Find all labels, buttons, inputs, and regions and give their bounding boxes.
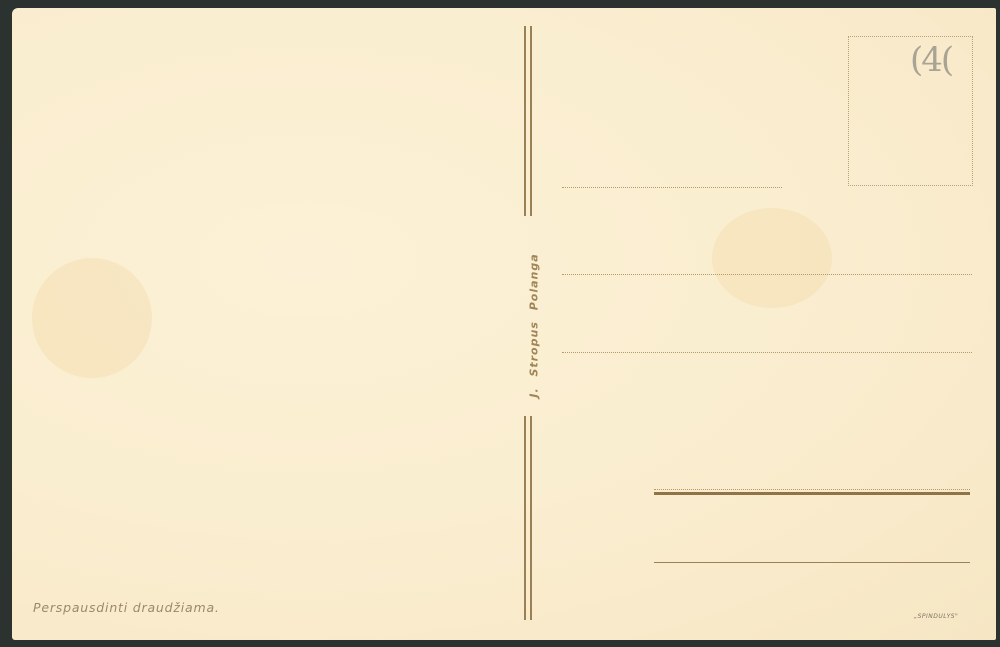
publisher-text: J. Stropus Polanga	[528, 253, 541, 397]
reprint-notice: Perspausdinti draudžiama.	[33, 600, 220, 615]
address-line-5	[654, 562, 970, 563]
publisher-imprint: J. Stropus Polanga	[514, 240, 554, 410]
divider-line-left-bottom	[524, 416, 526, 620]
divider-line-left-top	[524, 26, 526, 216]
divider-line-right-bottom	[530, 416, 532, 620]
handwritten-number: (4(	[910, 40, 952, 80]
address-line-4-dotted	[654, 489, 970, 490]
address-line-3	[562, 352, 972, 353]
address-line-1	[562, 187, 782, 188]
paper-stain	[712, 208, 832, 308]
address-line-4	[654, 492, 970, 495]
printer-mark: „SPINDULYS"	[914, 613, 958, 620]
divider-line-right-top	[530, 26, 532, 216]
address-line-2	[562, 274, 972, 275]
paper-stain	[32, 258, 152, 378]
